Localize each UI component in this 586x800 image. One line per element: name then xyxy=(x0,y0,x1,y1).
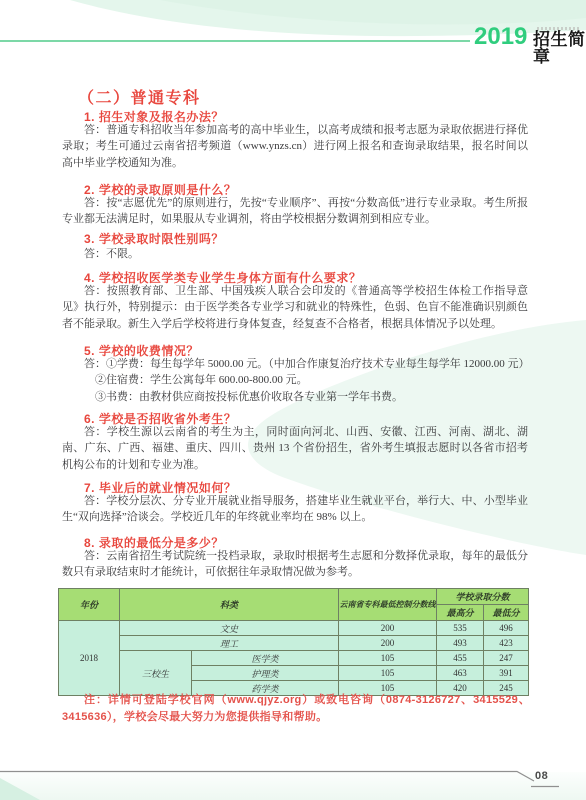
highest-cell: 463 xyxy=(437,666,484,681)
highest-cell: 535 xyxy=(437,621,484,636)
year-cell: 2018 xyxy=(59,621,120,696)
answer-6: 答：学校生源以云南省的考生为主，同时面向河北、山西、安徽、江西、河南、湖北、湖南… xyxy=(62,424,528,473)
table-header-row: 年份 科类 云南省专科最低控制分数线 学校录取分数 xyxy=(59,589,529,605)
group-label-cell: 三校生 xyxy=(120,651,192,696)
category-cell: 医学类 xyxy=(192,651,339,666)
col-header-category: 科类 xyxy=(120,589,339,621)
answer-5-line-3: ③书费：由教材供应商按投标优惠价收取各专业第一学年书费。 xyxy=(62,389,528,405)
col-header-lowest: 最低分 xyxy=(484,605,529,621)
answer-8: 答：云南省招生考试院统一投档录取，录取时根据考生志愿和分数择优录取，每年的最低分… xyxy=(62,548,528,581)
answer-5-line-2: ②住宿费：学生公寓每年 600.00-800.00 元。 xyxy=(62,372,528,388)
footer-rule-line xyxy=(0,765,586,791)
answer-3: 答：不限。 xyxy=(62,246,528,262)
question-3: 3. 学校录取时限性别吗？ xyxy=(84,230,224,247)
answer-7: 答：学校分层次、分专业开展就业指导服务，搭建毕业生就业平台，举行大、中、小型毕业… xyxy=(62,493,528,526)
table-row: 2018 文史 200 535 496 xyxy=(59,621,529,636)
control-cell: 105 xyxy=(339,651,437,666)
table-row: 三校生 医学类 105 455 247 xyxy=(59,651,529,666)
category-cell: 护理类 xyxy=(192,666,339,681)
header-rule-line xyxy=(0,40,470,42)
answer-1: 答：普通专科招收当年参加高考的高中毕业生，以高考成绩和报考志愿为录取依据进行择优… xyxy=(62,122,528,171)
highest-cell: 455 xyxy=(437,651,484,666)
control-cell: 200 xyxy=(339,636,437,651)
page-number: 08 xyxy=(535,770,548,782)
highest-cell: 493 xyxy=(437,636,484,651)
control-cell: 200 xyxy=(339,621,437,636)
col-header-control-line: 云南省专科最低控制分数线 xyxy=(339,589,437,621)
lowest-cell: 423 xyxy=(484,636,529,651)
contact-note: 注：详情可登陆学校官网（www.qjyz.org）或致电咨询（0874-3126… xyxy=(62,692,530,725)
control-cell: 105 xyxy=(339,666,437,681)
header-year: 2019 xyxy=(474,25,527,49)
answer-4: 答：按照教育部、卫生部、中国残疾人联合会印发的《普通高等学校招生体检工作指导意见… xyxy=(62,283,528,332)
admission-score-table: 年份 科类 云南省专科最低控制分数线 学校录取分数 最高分 最低分 2018 文… xyxy=(58,588,529,696)
lowest-cell: 247 xyxy=(484,651,529,666)
category-cell: 理工 xyxy=(120,636,339,651)
header-brochure-title: 招生简章 xyxy=(533,31,586,65)
category-cell: 文史 xyxy=(120,621,339,636)
brochure-page: 2019 招生简章 （二）普通专科 1. 招生对象及报名办法？ 答：普通专科招收… xyxy=(0,0,586,800)
col-header-highest: 最高分 xyxy=(437,605,484,621)
answer-5-line-1: 答：①学费：每生每学年 5000.00 元。（中加合作康复治疗技术专业每生每学年… xyxy=(62,356,528,372)
col-header-year: 年份 xyxy=(59,589,120,621)
section-title: （二）普通专科 xyxy=(78,85,201,108)
answer-5: 答：①学费：每生每学年 5000.00 元。（中加合作康复治疗技术专业每生每学年… xyxy=(62,356,528,405)
lowest-cell: 391 xyxy=(484,666,529,681)
lowest-cell: 496 xyxy=(484,621,529,636)
answer-2: 答：按“志愿优先”的原则进行，先按“专业顺序”、再按“分数高低”进行专业录取。考… xyxy=(62,195,528,228)
table-row: 理工 200 493 423 xyxy=(59,636,529,651)
col-header-school-scores: 学校录取分数 xyxy=(437,589,529,605)
